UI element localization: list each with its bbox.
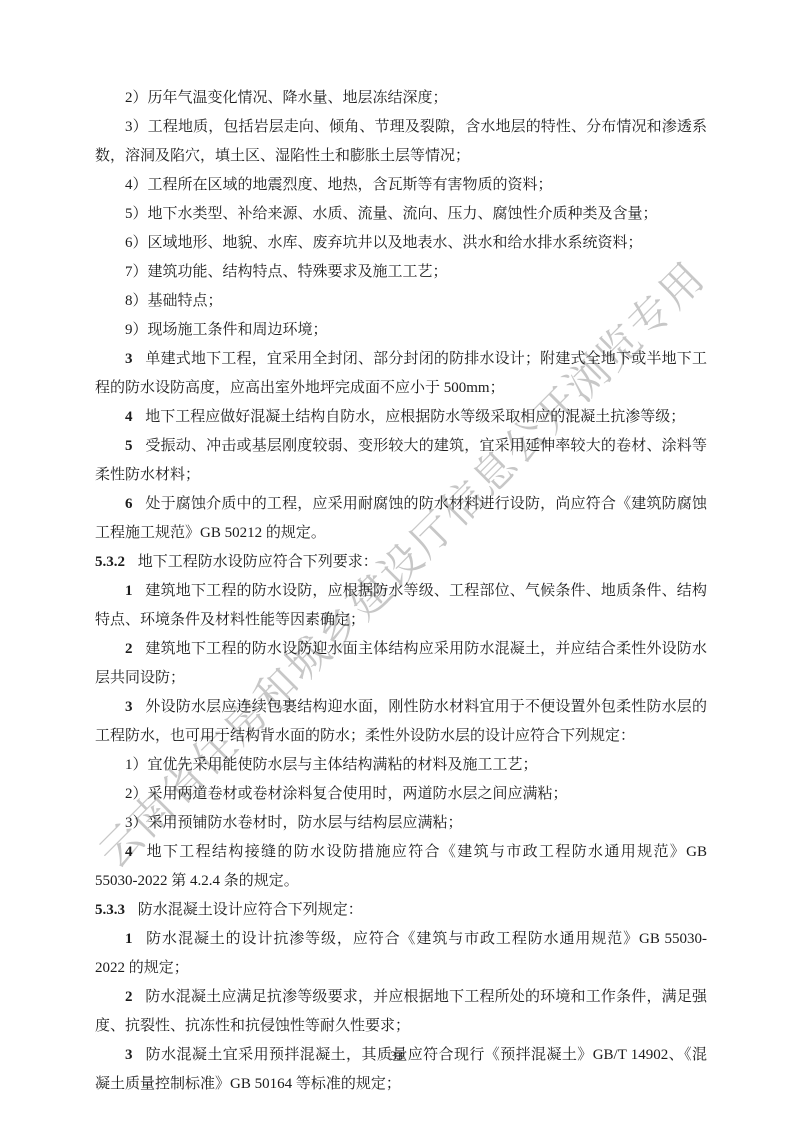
paragraph-11: 5受振动、冲击或基层刚度较弱、变形较大的建筑，宜采用延伸率较大的卷材、涂料等柔性… [95, 432, 707, 490]
paragraph-22: 1防水混凝土的设计抗渗等级，应符合《建筑与市政工程防水通用规范》GB 55030… [95, 925, 707, 983]
paragraph-1: 2）历年气温变化情况、降水量、地层冻结深度； [95, 84, 707, 113]
document-body: 2）历年气温变化情况、降水量、地层冻结深度；3）工程地质，包括岩层走向、倾角、节… [95, 84, 707, 1099]
item-number: 5.3.2 [95, 554, 125, 570]
paragraph-20: 4地下工程结构接缝的防水设防措施应符合《建筑与市政工程防水通用规范》GB 550… [95, 838, 707, 896]
paragraph-4: 5）地下水类型、补给来源、水质、流量、流向、压力、腐蚀性介质种类及含量； [95, 200, 707, 229]
item-number: 2 [125, 641, 133, 657]
item-number: 1 [125, 931, 133, 947]
paragraph-14: 1建筑地下工程的防水设防，应根据防水等级、工程部位、气候条件、地质条件、结构特点… [95, 577, 707, 635]
item-number: 6 [125, 496, 133, 512]
paragraph-13: 5.3.2地下工程防水设防应符合下列要求： [95, 548, 707, 577]
item-number: 3 [125, 699, 133, 715]
page-number: 33 [0, 1048, 793, 1064]
item-number: 4 [125, 409, 133, 425]
item-number: 5 [125, 438, 133, 454]
paragraph-8: 9）现场施工条件和周边环境； [95, 316, 707, 345]
paragraph-12: 6处于腐蚀介质中的工程，应采用耐腐蚀的防水材料进行设防，尚应符合《建筑防腐蚀工程… [95, 490, 707, 548]
paragraph-19: 3）采用预铺防水卷材时，防水层与结构层应满粘； [95, 809, 707, 838]
paragraph-16: 3外设防水层应连续包裹结构迎水面，刚性防水材料宜用于不便设置外包柔性防水层的工程… [95, 693, 707, 751]
paragraph-6: 7）建筑功能、结构特点、特殊要求及施工工艺； [95, 258, 707, 287]
item-number: 1 [125, 583, 133, 599]
item-number: 2 [125, 989, 133, 1005]
paragraph-18: 2）采用两道卷材或卷材涂料复合使用时，两道防水层之间应满粘； [95, 780, 707, 809]
item-number: 5.3.3 [95, 902, 125, 918]
paragraph-21: 5.3.3防水混凝土设计应符合下列规定： [95, 896, 707, 925]
item-number: 4 [125, 844, 133, 860]
paragraph-15: 2建筑地下工程的防水设防迎水面主体结构应采用防水混凝土，并应结合柔性外设防水层共… [95, 635, 707, 693]
paragraph-17: 1）宜优先采用能使防水层与主体结构满粘的材料及施工工艺； [95, 751, 707, 780]
item-number: 3 [125, 351, 133, 367]
paragraph-7: 8）基础特点； [95, 287, 707, 316]
paragraph-10: 4地下工程应做好混凝土结构自防水，应根据防水等级采取相应的混凝土抗渗等级； [95, 403, 707, 432]
document-page: 云南省住房和城乡建设厅信息公开浏览专用 2）历年气温变化情况、降水量、地层冻结深… [0, 0, 793, 1122]
paragraph-2: 3）工程地质，包括岩层走向、倾角、节理及裂隙，含水地层的特性、分布情况和渗透系数… [95, 113, 707, 171]
paragraph-23: 2防水混凝土应满足抗渗等级要求，并应根据地下工程所处的环境和工作条件，满足强度、… [95, 983, 707, 1041]
paragraph-3: 4）工程所在区域的地震烈度、地热，含瓦斯等有害物质的资料； [95, 171, 707, 200]
paragraph-9: 3单建式地下工程，宜采用全封闭、部分封闭的防排水设计；附建式全地下或半地下工程的… [95, 345, 707, 403]
paragraph-5: 6）区域地形、地貌、水库、废弃坑井以及地表水、洪水和给水排水系统资料； [95, 229, 707, 258]
